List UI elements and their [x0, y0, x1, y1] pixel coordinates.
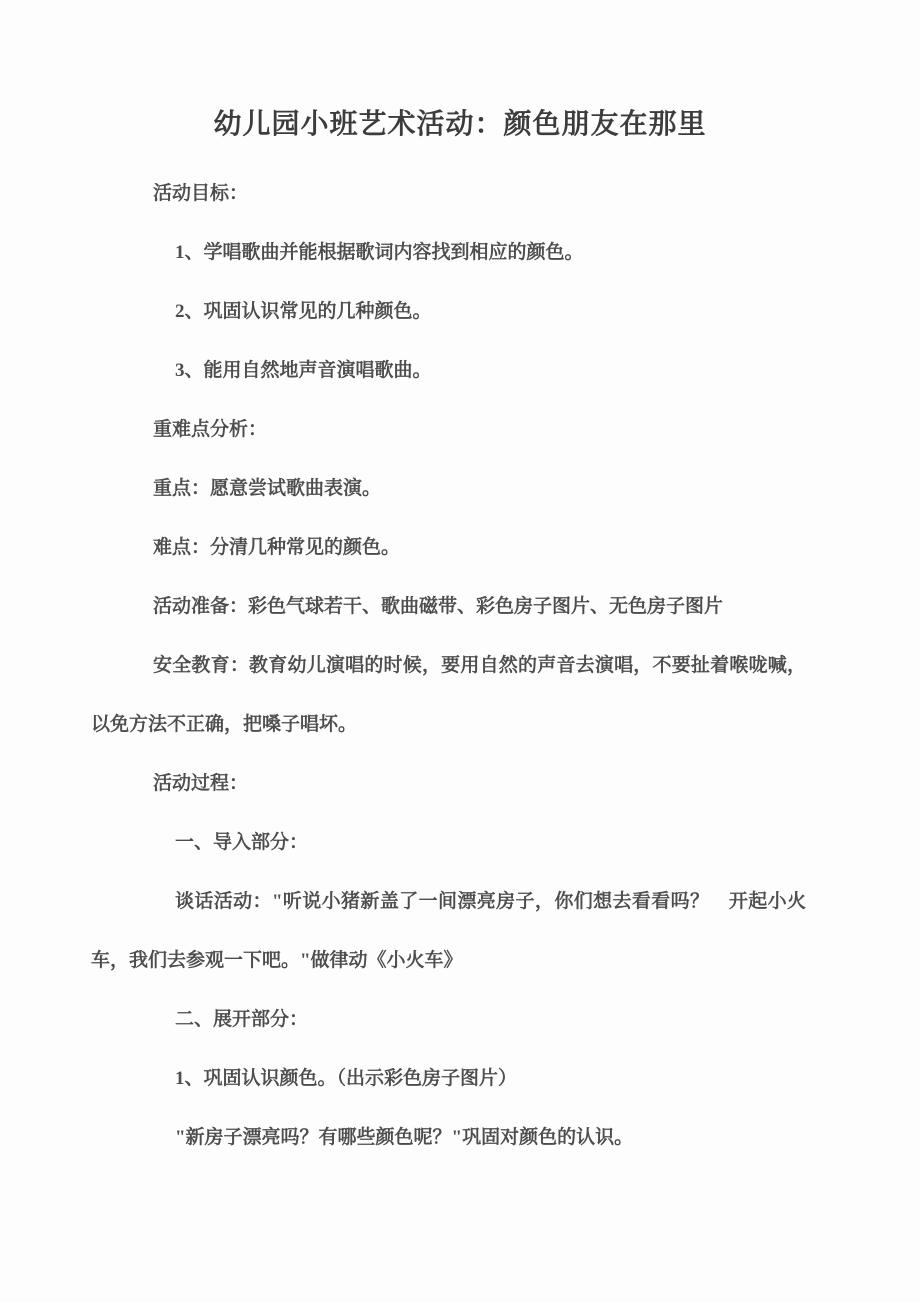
- paragraph-process-heading: 活动过程：: [91, 754, 806, 813]
- paragraph-goal-2: 2、巩固认识常见的几种颜色。: [91, 282, 806, 341]
- paragraph-key-point: 重点：愿意尝试歌曲表演。: [91, 459, 806, 518]
- paragraph-part-one-heading: 一、导入部分：: [91, 813, 806, 872]
- paragraph-safety-education: 安全教育：教育幼儿演唱的时候，要用自然的声音去演唱，不要扯着喉咙喊，以免方法不正…: [91, 636, 806, 754]
- paragraph-goal-1: 1、学唱歌曲并能根据歌词内容找到相应的颜色。: [91, 223, 806, 282]
- document-title: 幼儿园小班艺术活动：颜色朋友在那里: [0, 106, 920, 142]
- paragraph-difficult-point: 难点：分清几种常见的颜色。: [91, 518, 806, 577]
- paragraph-key-points-heading: 重难点分析：: [91, 400, 806, 459]
- paragraph-talk-activity: 谈话活动："听说小猪新盖了一间漂亮房子，你们想去看看吗？ 开起小火车，我们去参观…: [91, 872, 806, 990]
- paragraph-step-1: 1、巩固认识颜色。（出示彩色房子图片）: [91, 1049, 806, 1108]
- paragraph-goal-3: 3、能用自然地声音演唱歌曲。: [91, 341, 806, 400]
- paragraph-preparation: 活动准备：彩色气球若干、歌曲磁带、彩色房子图片、无色房子图片: [91, 577, 806, 636]
- paragraph-activity-goals-heading: 活动目标：: [91, 164, 806, 223]
- paragraph-step-1-detail: "新房子漂亮吗？有哪些颜色呢？"巩固对颜色的认识。: [91, 1108, 806, 1167]
- document-body: 活动目标： 1、学唱歌曲并能根据歌词内容找到相应的颜色。 2、巩固认识常见的几种…: [91, 164, 806, 1167]
- document-page: 幼儿园小班艺术活动：颜色朋友在那里 活动目标： 1、学唱歌曲并能根据歌词内容找到…: [0, 0, 920, 1302]
- paragraph-part-two-heading: 二、展开部分：: [91, 990, 806, 1049]
